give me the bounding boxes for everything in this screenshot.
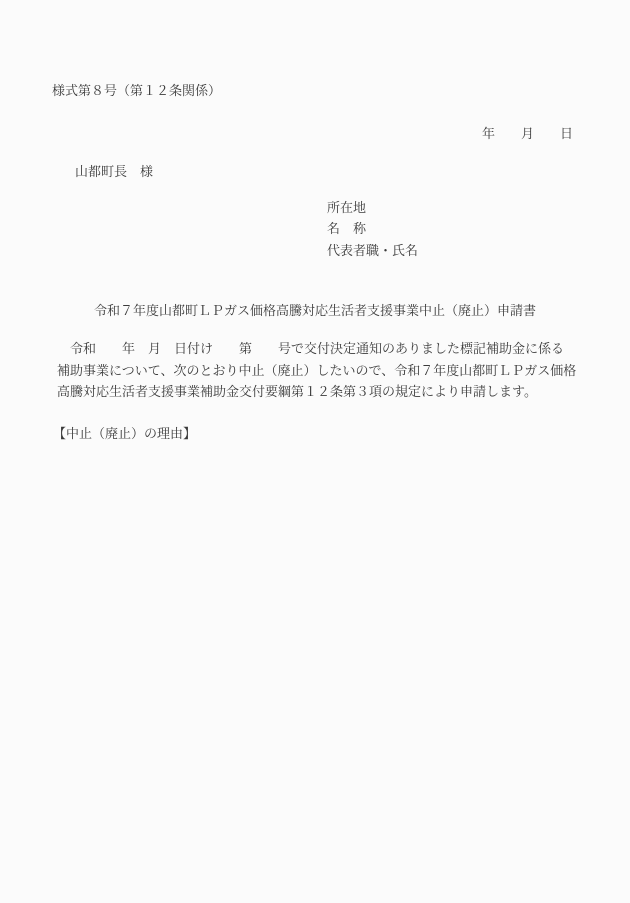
body-paragraph: 令和 年 月 日付け 第 号で交付決定通知のありました標記補助金に係る 補助事業… bbox=[57, 338, 579, 403]
addressee: 山都町長 様 bbox=[75, 161, 153, 180]
body-line-1: 令和 年 月 日付け 第 号で交付決定通知のありました標記補助金に係る bbox=[57, 338, 579, 360]
applicant-block: 所在地 名 称 代表者職・氏名 bbox=[327, 197, 418, 261]
body-line-2: 補助事業について、次のとおり中止（廃止）したいので、令和７年度山都町ＬＰガス価格 bbox=[57, 360, 579, 382]
document-page: 様式第８号（第１２条関係） 年 月 日 山都町長 様 所在地 名 称 代表者職・… bbox=[0, 0, 630, 903]
document-title: 令和７年度山都町ＬＰガス価格高騰対応生活者支援事業中止（廃止）申請書 bbox=[0, 300, 630, 319]
form-number: 様式第８号（第１２条関係） bbox=[52, 80, 221, 99]
reason-heading: 【中止（廃止）の理由】 bbox=[53, 423, 196, 442]
applicant-representative-label: 代表者職・氏名 bbox=[327, 240, 418, 261]
date-line: 年 月 日 bbox=[482, 123, 573, 142]
body-line-3: 高騰対応生活者支援事業補助金交付要綱第１２条第３項の規定により申請します。 bbox=[57, 381, 579, 403]
applicant-name-label: 名 称 bbox=[327, 218, 418, 239]
applicant-address-label: 所在地 bbox=[327, 197, 418, 218]
